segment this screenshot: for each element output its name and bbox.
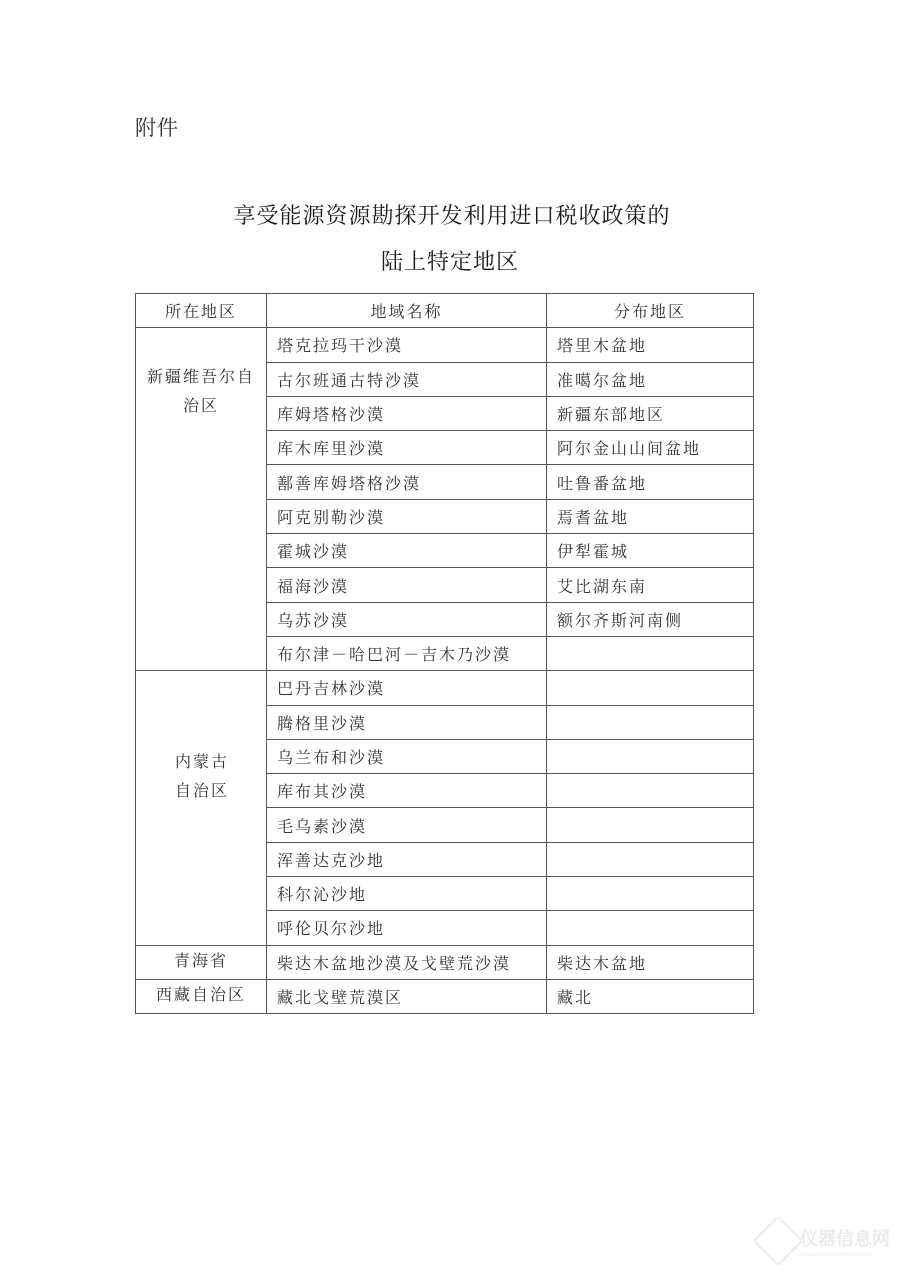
region-name: 呼伦贝尔沙地 — [267, 911, 547, 945]
instrument-logo-icon — [753, 1216, 804, 1267]
region-name: 毛乌素沙漠 — [267, 808, 547, 842]
region-name: 库姆塔格沙漠 — [267, 396, 547, 430]
table-row: 西藏自治区 藏北戈壁荒漠区 藏北 — [136, 979, 754, 1013]
region-name: 科尔沁沙地 — [267, 877, 547, 911]
region-name: 阿克别勒沙漠 — [267, 499, 547, 533]
region-name: 腾格里沙漠 — [267, 705, 547, 739]
distribution — [547, 739, 754, 773]
region-name: 福海沙漠 — [267, 568, 547, 602]
province-cell-qinghai: 青海省 — [136, 945, 267, 979]
province-cell-tibet: 西藏自治区 — [136, 979, 267, 1013]
distribution — [547, 842, 754, 876]
header-province: 所在地区 — [136, 294, 267, 328]
distribution — [547, 877, 754, 911]
distribution: 阿尔金山山间盆地 — [547, 431, 754, 465]
province-line: 治区 — [141, 391, 261, 420]
distribution — [547, 636, 754, 670]
region-name: 乌苏沙漠 — [267, 602, 547, 636]
region-name: 藏北戈壁荒漠区 — [267, 979, 547, 1013]
regions-table: 所在地区 地域名称 分布地区 新疆维吾尔自 治区 塔克拉玛干沙漠 塔里木盆地 古… — [135, 293, 754, 1014]
region-name: 霍城沙漠 — [267, 534, 547, 568]
distribution — [547, 774, 754, 808]
distribution: 伊犁霍城 — [547, 534, 754, 568]
table-row: 青海省 柴达木盆地沙漠及戈壁荒沙漠 柴达木盆地 — [136, 945, 754, 979]
region-name: 浑善达克沙地 — [267, 842, 547, 876]
region-name: 乌兰布和沙漠 — [267, 739, 547, 773]
distribution: 准噶尔盆地 — [547, 362, 754, 396]
distribution: 新疆东部地区 — [547, 396, 754, 430]
province-line: 自治区 — [142, 776, 262, 805]
region-name: 鄯善库姆塔格沙漠 — [267, 465, 547, 499]
distribution: 藏北 — [547, 979, 754, 1013]
province-cell-inner-mongolia: 内蒙古 自治区 — [136, 671, 267, 945]
region-name: 柴达木盆地沙漠及戈壁荒沙漠 — [267, 945, 547, 979]
distribution — [547, 808, 754, 842]
region-name: 塔克拉玛干沙漠 — [267, 328, 547, 362]
province-line: 新疆维吾尔自 — [141, 362, 261, 391]
distribution: 焉耆盆地 — [547, 499, 754, 533]
distribution — [547, 911, 754, 945]
document-title-line1: 享受能源资源勘探开发利用进口税收政策的 — [0, 199, 900, 230]
distribution: 艾比湖东南 — [547, 568, 754, 602]
region-name: 巴丹吉林沙漠 — [267, 671, 547, 705]
region-name: 库布其沙漠 — [267, 774, 547, 808]
distribution — [547, 705, 754, 739]
watermark-text: 仪器信息网 — [800, 1225, 890, 1251]
distribution: 吐鲁番盆地 — [547, 465, 754, 499]
watermark-url: www.instrument.com.cn — [800, 1251, 890, 1258]
header-distribution: 分布地区 — [547, 294, 754, 328]
table-row: 新疆维吾尔自 治区 塔克拉玛干沙漠 塔里木盆地 — [136, 328, 754, 362]
distribution: 额尔齐斯河南侧 — [547, 602, 754, 636]
header-region-name: 地域名称 — [267, 294, 547, 328]
watermark: 仪器信息网 www.instrument.com.cn — [760, 1223, 890, 1259]
region-name: 库木库里沙漠 — [267, 431, 547, 465]
region-name: 布尔津－哈巴河－吉木乃沙漠 — [267, 636, 547, 670]
province-cell-xinjiang: 新疆维吾尔自 治区 — [136, 328, 267, 671]
table-row: 内蒙古 自治区 巴丹吉林沙漠 — [136, 671, 754, 705]
region-name: 古尔班通古特沙漠 — [267, 362, 547, 396]
document-title-line2: 陆上特定地区 — [0, 245, 900, 276]
distribution: 塔里木盆地 — [547, 328, 754, 362]
distribution — [547, 671, 754, 705]
table-header-row: 所在地区 地域名称 分布地区 — [136, 294, 754, 328]
distribution: 柴达木盆地 — [547, 945, 754, 979]
province-line: 内蒙古 — [142, 747, 262, 776]
attachment-label: 附件 — [135, 112, 179, 142]
